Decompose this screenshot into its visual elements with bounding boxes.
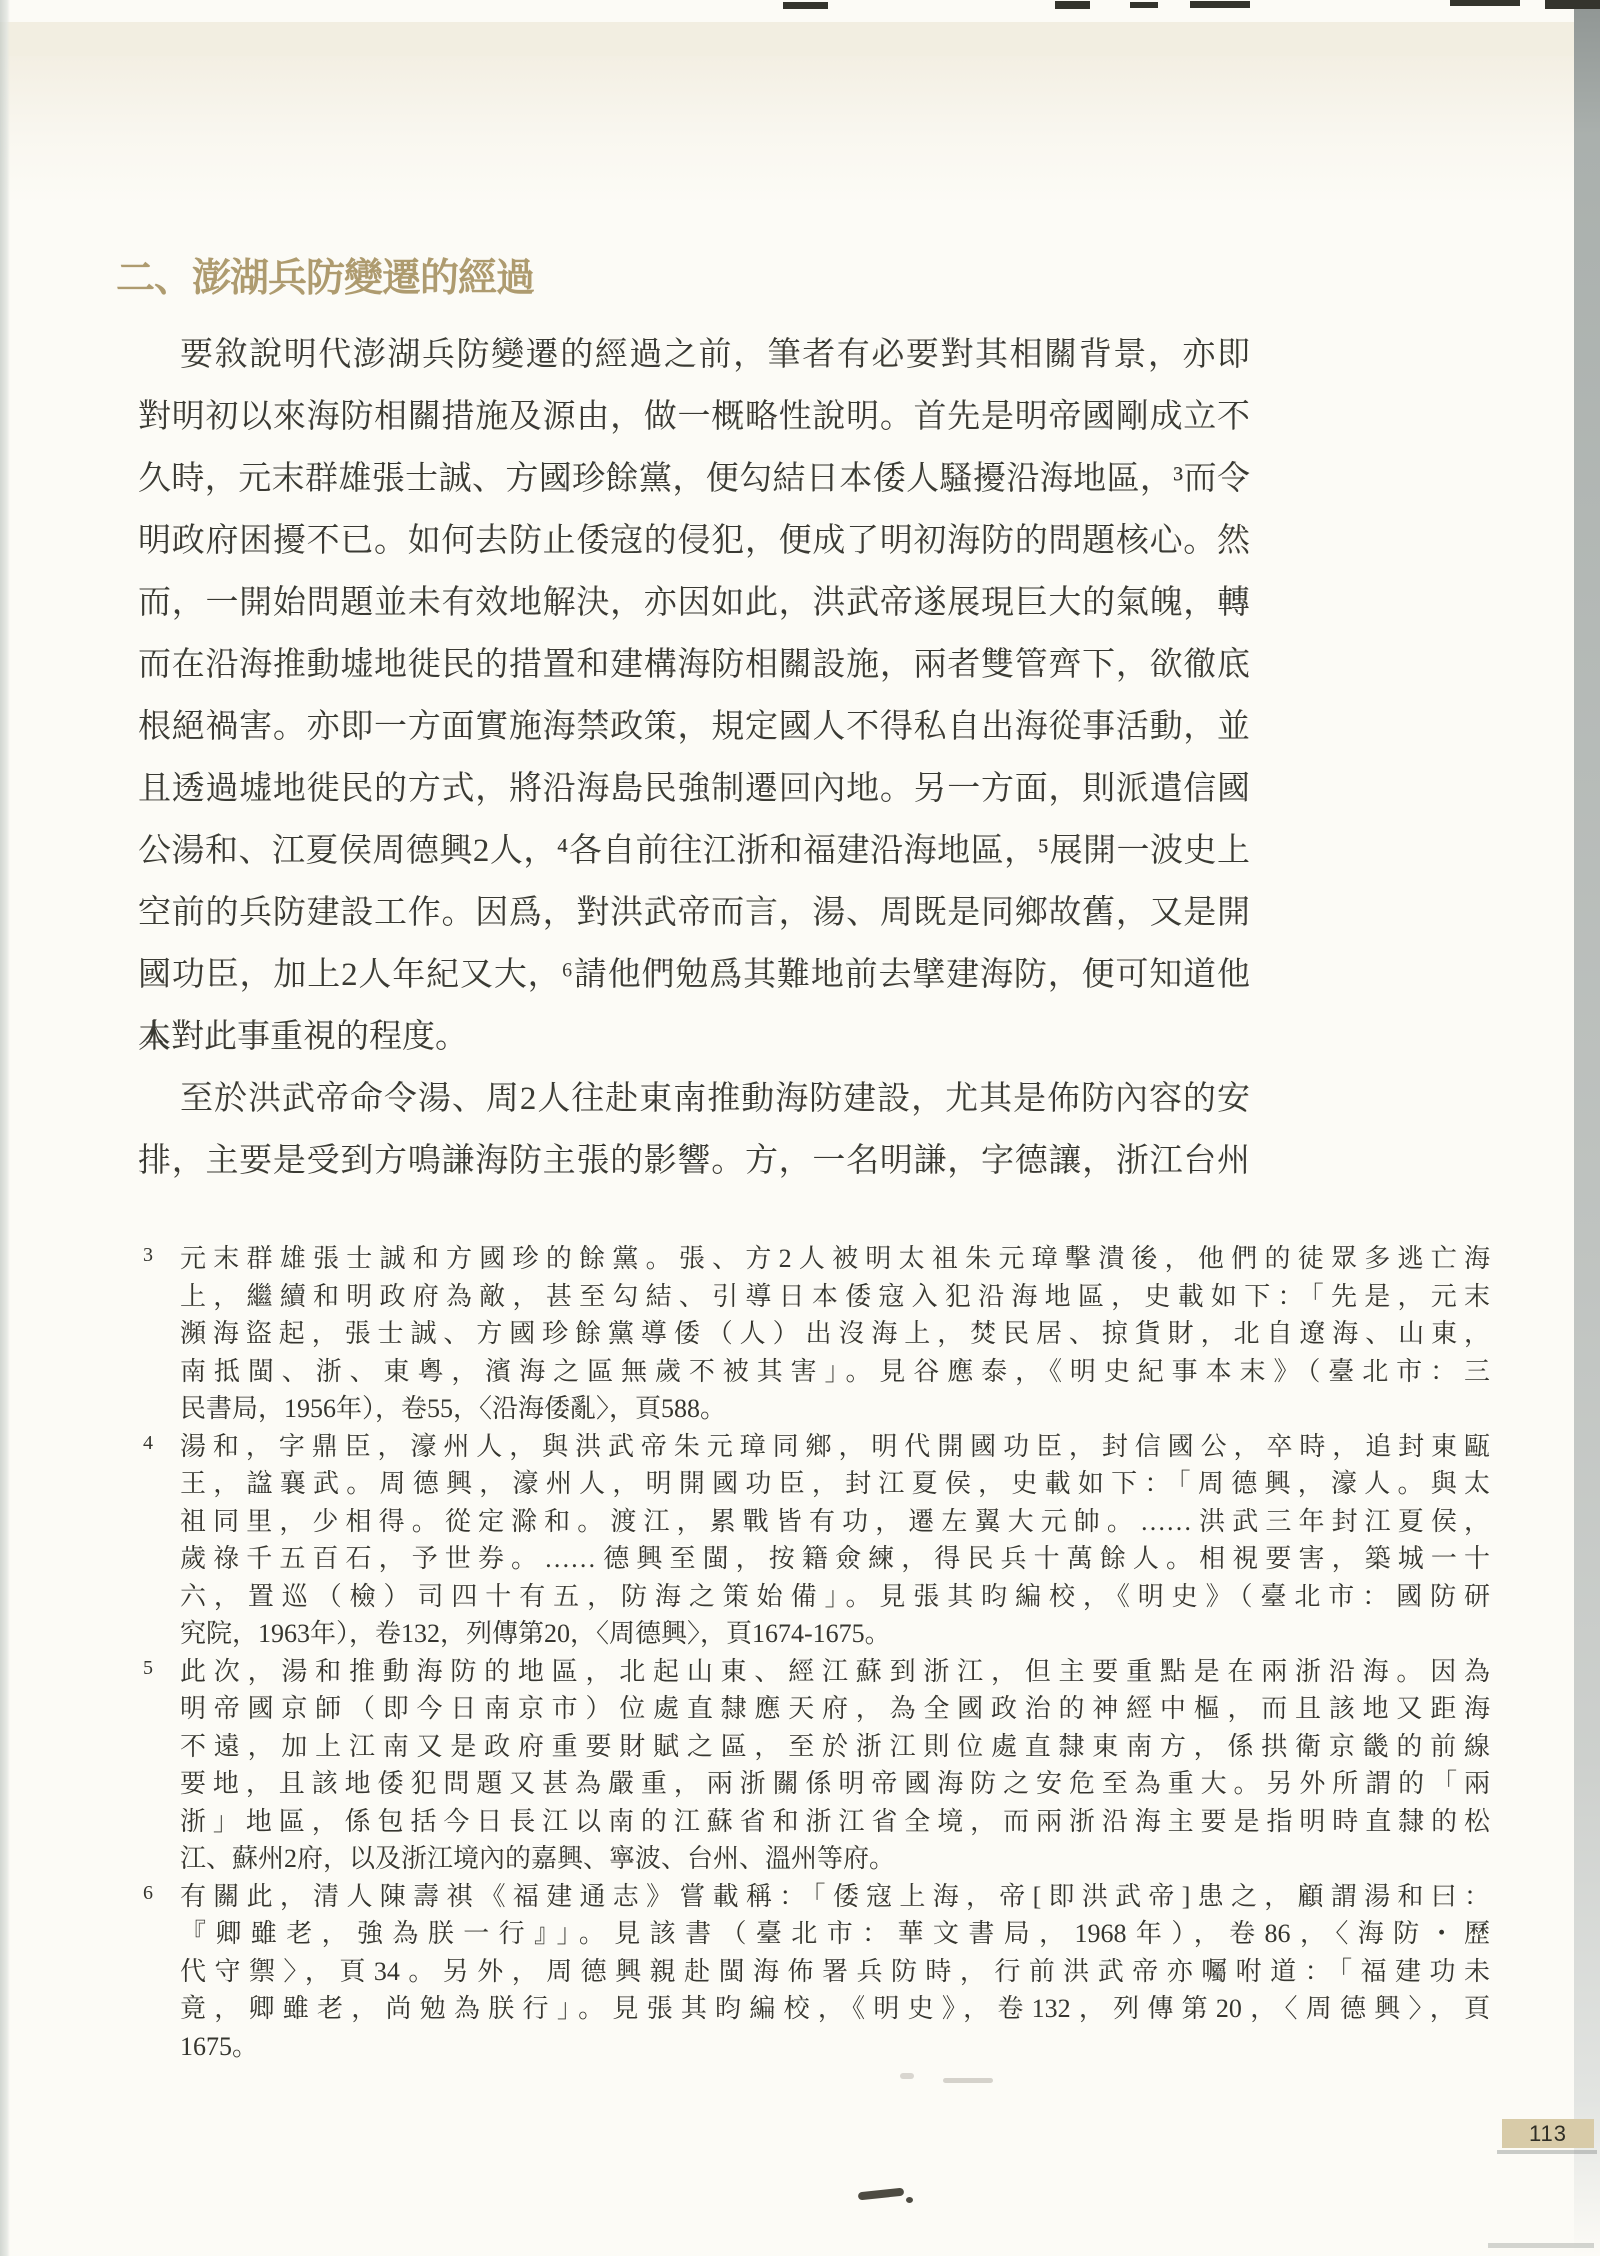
scan-artifact-edge-1 <box>1497 2150 1597 2154</box>
footnote-line: 1675。 <box>180 2028 1490 2066</box>
scan-artifact-edge-2 <box>1488 2243 1594 2248</box>
footnote-line: 歲祿千五百石，予世券。……德興至閩，按籍僉練，得民兵十萬餘人。相視要害，築城一十 <box>180 1540 1490 1578</box>
body-line: 公湯和、江夏侯周德興2人，⁴各自前往江浙和福建沿海地區，⁵展開一波史上 <box>138 820 1250 882</box>
footnote-line: 明帝國京師（即今日南京市）位處直隸應天府，為全國政治的神經中樞，而且該地又距海 <box>180 1690 1490 1728</box>
footnote-4: 4 湯和，字鼎臣，濠州人，與洪武帝朱元璋同鄉，明代開國功臣，封信國公，卒時，追封… <box>138 1428 1490 1653</box>
footnote-line: 究院，1963年），卷132，列傳第20，〈周德興〉，頁1674-1675。 <box>180 1615 1490 1653</box>
scan-artifact-top-6 <box>1545 0 1600 9</box>
body-line: 根絕禍害。亦即一方面實施海禁政策，規定國人不得私自出海從事活動，並 <box>138 696 1250 758</box>
body-line: 排，主要是受到方鳴謙海防主張的影響。方，一名明謙，字德讓，浙江台州 <box>138 1130 1250 1192</box>
footnote-line: 代守禦〉，頁34。另外，周德興親赴閩海佈署兵防時，行前洪武帝亦囑咐道：「福建功未 <box>180 1953 1490 1991</box>
body-line: 且透過墟地徙民的方式，將沿海島民強制遷回內地。另一方面，則派遣信國 <box>138 758 1250 820</box>
body-line: 久時，元末群雄張士誠、方國珍餘黨，便勾結日本倭人騷擾沿海地區，³而令 <box>138 448 1250 510</box>
body-line: 而在沿海推動墟地徙民的措置和建構海防相關設施，兩者雙管齊下，欲徹底 <box>138 634 1250 696</box>
body-line: 人對此事重視的程度。 <box>138 1006 1250 1068</box>
footnote-line: 有關此，清人陳壽祺《福建通志》嘗載稱：「倭寇上海，帝[即洪武帝]患之，顧謂湯和曰… <box>180 1878 1490 1916</box>
footnote-line: 六，置巡（檢）司四十有五，防海之策始備」。見張其昀編校，《明史》（臺北市：國防研 <box>180 1578 1490 1616</box>
page-number-badge: 113 <box>1502 2119 1594 2148</box>
footnote-line: 要地，且該地倭犯問題又甚為嚴重，兩浙關係明帝國海防之安危至為重大。另外所謂的「兩 <box>180 1765 1490 1803</box>
scan-artifact-top-3 <box>1130 2 1158 8</box>
scan-artifact-squiggle <box>858 2188 905 2201</box>
footnote-line: 王，諡襄武。周德興，濠州人，明開國功臣，封江夏侯，史載如下：「周德興，濠人。與太 <box>180 1465 1490 1503</box>
scan-left-edge <box>0 0 10 2256</box>
body-line: 要敘說明代澎湖兵防變遷的經過之前，筆者有必要對其相關背景，亦即 <box>138 324 1250 386</box>
footnote-line: 『卿雖老，強為朕一行』」。見該書（臺北市：華文書局，1968年），卷86，〈海防… <box>180 1915 1490 1953</box>
scan-artifact-top-4 <box>1190 1 1250 8</box>
footnote-line: 竟，卿雖老，尚勉為朕行」。見張其昀編校，《明史》，卷132，列傳第20，〈周德興… <box>180 1990 1490 2028</box>
footnote-marker: 6 <box>138 1875 180 2063</box>
scan-artifact-top-5 <box>1450 0 1520 6</box>
footnote-text: 元末群雄張士誠和方國珍的餘黨。張、方2人被明太祖朱元璋擊潰後，他們的徒眾多逃亡海… <box>180 1240 1490 1428</box>
section-heading: 二、澎湖兵防變遷的經過 <box>116 256 534 302</box>
scan-right-edge <box>1574 0 1600 2256</box>
footnote-line: 瀕海盜起，張士誠、方國珍餘黨導倭（人）出沒海上，焚民居、掠貨財，北自遼海、山東， <box>180 1315 1490 1353</box>
footnotes: 3 元末群雄張士誠和方國珍的餘黨。張、方2人被明太祖朱元璋擊潰後，他們的徒眾多逃… <box>138 1240 1490 2065</box>
footnote-6: 6 有關此，清人陳壽祺《福建通志》嘗載稱：「倭寇上海，帝[即洪武帝]患之，顧謂湯… <box>138 1878 1490 2066</box>
footnote-text: 有關此，清人陳壽祺《福建通志》嘗載稱：「倭寇上海，帝[即洪武帝]患之，顧謂湯和曰… <box>180 1878 1490 2066</box>
scan-artifact-top-2 <box>1055 1 1090 9</box>
footnote-line: 江、蘇州2府，以及浙江境內的嘉興、寧波、台州、溫州等府。 <box>180 1840 1490 1878</box>
footnote-line: 浙」地區，係包括今日長江以南的江蘇省和浙江省全境，而兩浙沿海主要是指明時直隸的松 <box>180 1803 1490 1841</box>
footnote-line: 民書局，1956年），卷55，〈沿海倭亂〉，頁588。 <box>180 1390 1490 1428</box>
scan-artifact-smudge-1 <box>900 2073 914 2079</box>
footnote-marker: 3 <box>138 1237 180 1425</box>
body-line: 國功臣，加上2人年紀又大，⁶請他們勉爲其難地前去擘建海防，便可知道他本 <box>138 944 1250 1006</box>
scan-artifact-top-1 <box>783 2 828 9</box>
footnote-line: 湯和，字鼎臣，濠州人，與洪武帝朱元璋同鄉，明代開國功臣，封信國公，卒時，追封東甌 <box>180 1428 1490 1466</box>
scan-artifact-dot <box>906 2197 913 2203</box>
footnote-5: 5 此次，湯和推動海防的地區，北起山東、經江蘇到浙江，但主要重點是在兩浙沿海。因… <box>138 1653 1490 1878</box>
footnote-marker: 4 <box>138 1425 180 1650</box>
footnote-line: 此次，湯和推動海防的地區，北起山東、經江蘇到浙江，但主要重點是在兩浙沿海。因為 <box>180 1653 1490 1691</box>
footnote-line: 南抵閩、浙、東粵，濱海之區無歲不被其害」。見谷應泰，《明史紀事本末》（臺北市：三 <box>180 1353 1490 1391</box>
scan-shadow-band <box>0 22 1600 56</box>
footnote-line: 元末群雄張士誠和方國珍的餘黨。張、方2人被明太祖朱元璋擊潰後，他們的徒眾多逃亡海 <box>180 1240 1490 1278</box>
body-line: 明政府困擾不已。如何去防止倭寇的侵犯，便成了明初海防的問題核心。然 <box>138 510 1250 572</box>
body-line: 對明初以來海防相關措施及源由，做一概略性說明。首先是明帝國剛成立不 <box>138 386 1250 448</box>
body-line: 空前的兵防建設工作。因爲，對洪武帝而言，湯、周既是同鄉故舊，又是開 <box>138 882 1250 944</box>
footnote-marker: 5 <box>138 1650 180 1875</box>
body-text: 要敘說明代澎湖兵防變遷的經過之前，筆者有必要對其相關背景，亦即 對明初以來海防相… <box>138 324 1250 1192</box>
body-line: 至於洪武帝命令湯、周2人往赴東南推動海防建設，尤其是佈防內容的安 <box>138 1068 1250 1130</box>
footnote-line: 祖同里，少相得。從定滁和。渡江，累戰皆有功，遷左翼大元帥。……洪武三年封江夏侯， <box>180 1503 1490 1541</box>
body-line: 而，一開始問題並未有效地解決，亦因如此，洪武帝遂展現巨大的氣魄，轉 <box>138 572 1250 634</box>
footnote-3: 3 元末群雄張士誠和方國珍的餘黨。張、方2人被明太祖朱元璋擊潰後，他們的徒眾多逃… <box>138 1240 1490 1428</box>
footnote-text: 湯和，字鼎臣，濠州人，與洪武帝朱元璋同鄉，明代開國功臣，封信國公，卒時，追封東甌… <box>180 1428 1490 1653</box>
scan-shadow-fade <box>0 56 1600 206</box>
scan-artifact-smudge-2 <box>943 2078 993 2083</box>
footnote-line: 不遠，加上江南又是政府重要財賦之區，至於浙江則位處直隸東南方，係拱衛京畿的前線 <box>180 1728 1490 1766</box>
footnote-line: 上，繼續和明政府為敵，甚至勾結、引導日本倭寇入犯沿海地區，史載如下：「先是，元末 <box>180 1278 1490 1316</box>
footnote-text: 此次，湯和推動海防的地區，北起山東、經江蘇到浙江，但主要重點是在兩浙沿海。因為 … <box>180 1653 1490 1878</box>
scanned-page: 二、澎湖兵防變遷的經過 要敘說明代澎湖兵防變遷的經過之前，筆者有必要對其相關背景… <box>0 0 1600 2256</box>
